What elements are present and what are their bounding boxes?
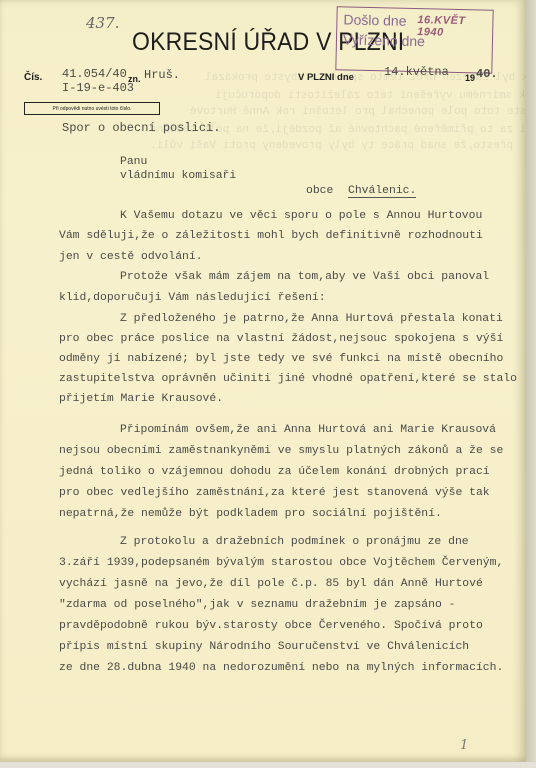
scan-edge-bottom	[0, 762, 536, 768]
paragraph-4-line-4: pro obec vedlejšího zaměstnání,za které …	[59, 487, 490, 499]
place-label: V PLZNI dne	[298, 72, 354, 83]
handwritten-folio-number: 437.	[86, 14, 119, 32]
paragraph-5-line-4: "zdarma od poselného",jak v seznamu draž…	[59, 599, 455, 611]
scan-edge-right	[526, 0, 536, 768]
received-stamp: Došlo dne 16.KVĚT 1940 Vyřízeno dne	[335, 6, 493, 74]
paragraph-4-line-5: nepatrná,že nemůže být podkladem pro soc…	[59, 508, 442, 520]
addressee-prefix: obce	[306, 185, 333, 197]
year-suffix: 40.	[476, 67, 498, 81]
paragraph-3-line-1: Z předloženého je patrno,že Anna Hurtová…	[120, 313, 503, 325]
file-code: I-19-e-403	[62, 81, 134, 95]
paragraph-2-line-1: Protože však mám zájem na tom,aby ve Vaš…	[120, 271, 489, 283]
paragraph-5-line-5: pravděpodobně rukou býv.starosty obce Če…	[59, 620, 483, 632]
paragraph-3-line-3: odměny jí nabízené; byl jste tedy ve své…	[59, 353, 503, 365]
paragraph-5-line-3: vychází jasně na jevo,že díl pole č.p. 8…	[59, 578, 483, 590]
paragraph-3-line-5: přijetím Marie Krausové.	[59, 393, 223, 405]
stamp-settled-label: Vyřízeno dne	[343, 31, 425, 49]
bleed-through-line: dobrou vůli ochotou k smírnému vyřešení …	[215, 90, 536, 102]
paragraph-5-line-2: 3.září 1939,podepsaném bývalým starostou…	[59, 557, 503, 569]
paragraph-5-line-6: přípis místní skupiny Národního Souručen…	[59, 641, 469, 653]
cis-label: Čís.	[24, 72, 42, 83]
paragraph-4-line-2: nejsou obecními zaměstnankyněmi ve smysl…	[59, 445, 503, 457]
zn-value: Hruš.	[144, 68, 180, 82]
paragraph-5-line-1: Z protokolu a dražebních podmínek o pron…	[120, 536, 469, 548]
paragraph-2-line-2: klid,doporučuji Vám následující řešení:	[59, 292, 326, 304]
stamp-received-date: 16.KVĚT 1940	[417, 14, 493, 40]
reply-notice-text: Při odpovědi nutno uvésti toto číslo.	[53, 106, 132, 112]
bleed-through-line: Vám však,abyste toto pole ponechal pro l…	[190, 106, 536, 118]
paragraph-1-line-1: K Vašemu dotazu ve věci sporu o pole s A…	[120, 210, 482, 222]
bleed-through-line: přesto,že snad práce ty byly provedeny p…	[150, 140, 513, 152]
paragraph-1-line-2: Vám sděluji,že o záležitosti mohl bych d…	[59, 230, 483, 242]
paragraph-4-line-1: Připomínám ovšem,že ani Anna Hurtová ani…	[120, 424, 496, 436]
document-page: Aby však byl zamezen hrot těmto sporům a…	[0, 0, 526, 762]
addressee-line-2: vládnímu komisaři	[120, 170, 236, 182]
addressee-municipality: Chválenic.	[348, 185, 416, 198]
paragraph-4-line-3: jedná toliko o vzájemnou dohodu za účele…	[59, 466, 490, 478]
addressee-line-1: Panu	[120, 156, 147, 168]
reply-notice-box: Při odpovědi nutno uvésti toto číslo.	[24, 102, 160, 115]
paragraph-3-line-2: pro obec práce poslice na vlastní žádost…	[59, 333, 503, 345]
paragraph-5-line-7: ze dne 28.dubna 1940 na nedorozumění neb…	[59, 662, 503, 674]
handwritten-page-number: 1	[460, 738, 468, 753]
paragraph-3-line-4: zastupitelstva oprávněn učiniti jiné vho…	[59, 373, 517, 385]
date-value: 14.května	[384, 65, 449, 79]
stamp-received-label: Došlo dne	[343, 11, 406, 28]
year-prefix: 19	[465, 73, 475, 83]
subject-line: Spor o obecní poslici.	[62, 121, 220, 135]
paragraph-1-line-3: jen v cestě odvolání.	[59, 251, 203, 263]
cis-value: 41.054/40	[62, 67, 127, 81]
